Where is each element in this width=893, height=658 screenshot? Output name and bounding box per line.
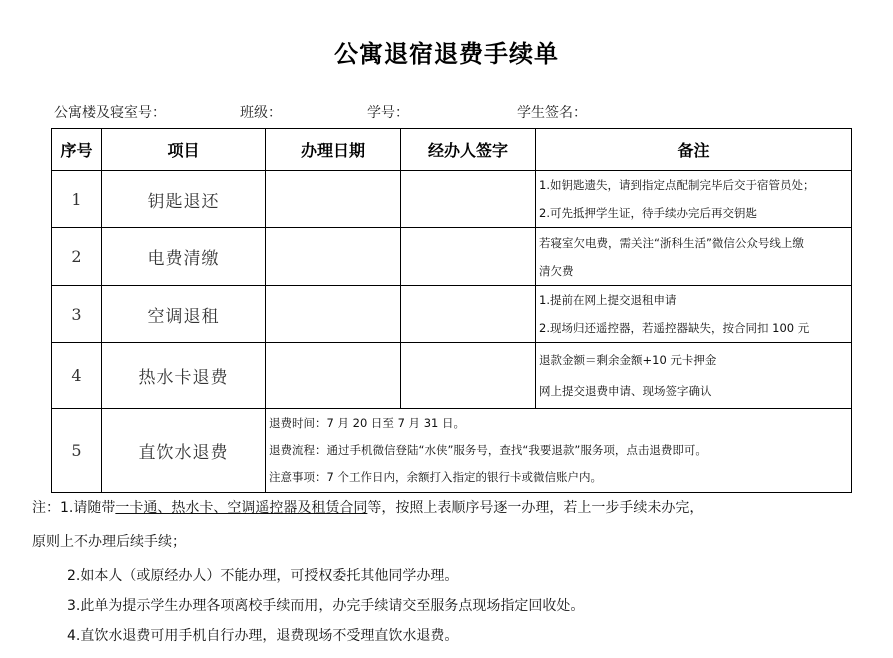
signature-cell[interactable] — [401, 343, 536, 409]
footnote-1-suffix: 等，按照上表顺序号逐一办理，若上一步手续未办完， — [367, 500, 703, 516]
student-id-label: 学号： — [367, 102, 409, 122]
note-line: 清欠费 — [539, 257, 851, 285]
date-cell[interactable] — [266, 171, 401, 228]
row-notes: 退款金额＝剩余金额+10 元卡押金 网上提交退费申请、现场签字确认 — [536, 343, 852, 409]
footnote-1-continued: 原则上不办理后续手续； — [32, 531, 186, 551]
row-item: 空调退租 — [102, 286, 266, 343]
signature-cell[interactable] — [401, 171, 536, 228]
footnote-1-prefix: 注：1.请随带 — [32, 500, 115, 516]
row-item: 电费清缴 — [102, 228, 266, 286]
row-notes-wide: 退费时间：7 月 20 日至 7 月 31 日。 退费流程：通过手机微信登陆“水… — [266, 409, 852, 493]
header-item: 项目 — [102, 129, 266, 171]
signature-cell[interactable] — [401, 286, 536, 343]
checkout-procedure-table: 序号 项目 办理日期 经办人签字 备注 1 钥匙退还 1.如钥匙遗失，请到指定点… — [51, 128, 852, 493]
date-cell[interactable] — [266, 228, 401, 286]
row-notes: 1.提前在网上提交退租申请 2.现场归还遥控器，若遥控器缺失，按合同扣 100 … — [536, 286, 852, 343]
student-signature-label: 学生签名： — [517, 102, 587, 122]
note-line: 若寝室欠电费，需关注“浙科生活”微信公众号线上缴 — [539, 229, 851, 257]
table-row: 2 电费清缴 若寝室欠电费，需关注“浙科生活”微信公众号线上缴 清欠费 — [52, 228, 852, 286]
form-title: 公寓退宿退费手续单 — [0, 34, 893, 69]
table-row: 3 空调退租 1.提前在网上提交退租申请 2.现场归还遥控器，若遥控器缺失，按合… — [52, 286, 852, 343]
class-label: 班级： — [240, 102, 282, 122]
row-item: 钥匙退还 — [102, 171, 266, 228]
note-line: 网上提交退费申请、现场签字确认 — [539, 376, 851, 407]
footnote-1-underlined: 一卡通、热水卡、空调遥控器及租赁合同 — [115, 500, 367, 516]
row-seq: 1 — [52, 171, 102, 228]
table-row: 4 热水卡退费 退款金额＝剩余金额+10 元卡押金 网上提交退费申请、现场签字确… — [52, 343, 852, 409]
row-seq: 3 — [52, 286, 102, 343]
note-line: 退费流程：通过手机微信登陆“水侠”服务号，查找“我要退款”服务项，点击退费即可。 — [269, 437, 851, 464]
note-line: 2.可先抵押学生证，待手续办完后再交钥匙 — [539, 199, 851, 227]
signature-cell[interactable] — [401, 228, 536, 286]
footnote-3: 3.此单为提示学生办理各项离校手续而用，办完手续请交至服务点现场指定回收处。 — [67, 595, 584, 615]
table-header-row: 序号 项目 办理日期 经办人签字 备注 — [52, 129, 852, 171]
table-row: 1 钥匙退还 1.如钥匙遗失，请到指定点配制完毕后交于宿管员处； 2.可先抵押学… — [52, 171, 852, 228]
note-line: 注意事项：7 个工作日内，余额打入指定的银行卡或微信账户内。 — [269, 464, 851, 491]
header-handler-signature: 经办人签字 — [401, 129, 536, 171]
header-notes: 备注 — [536, 129, 852, 171]
note-line: 2.现场归还遥控器，若遥控器缺失，按合同扣 100 元 — [539, 314, 851, 342]
footnote-1: 注：1.请随带一卡通、热水卡、空调遥控器及租赁合同等，按照上表顺序号逐一办理，若… — [32, 497, 703, 517]
row-item: 直饮水退费 — [102, 409, 266, 493]
row-notes: 若寝室欠电费，需关注“浙科生活”微信公众号线上缴 清欠费 — [536, 228, 852, 286]
row-item: 热水卡退费 — [102, 343, 266, 409]
note-line: 1.如钥匙遗失，请到指定点配制完毕后交于宿管员处； — [539, 171, 851, 199]
row-seq: 2 — [52, 228, 102, 286]
row-seq: 4 — [52, 343, 102, 409]
note-line: 退款金额＝剩余金额+10 元卡押金 — [539, 345, 851, 376]
dorm-room-label: 公寓楼及寝室号： — [54, 102, 166, 122]
note-line: 退费时间：7 月 20 日至 7 月 31 日。 — [269, 410, 851, 437]
footnote-4: 4.直饮水退费可用手机自行办理，退费现场不受理直饮水退费。 — [67, 625, 458, 645]
table-row: 5 直饮水退费 退费时间：7 月 20 日至 7 月 31 日。 退费流程：通过… — [52, 409, 852, 493]
note-line: 1.提前在网上提交退租申请 — [539, 286, 851, 314]
header-seq: 序号 — [52, 129, 102, 171]
date-cell[interactable] — [266, 343, 401, 409]
header-date: 办理日期 — [266, 129, 401, 171]
date-cell[interactable] — [266, 286, 401, 343]
row-notes: 1.如钥匙遗失，请到指定点配制完毕后交于宿管员处； 2.可先抵押学生证，待手续办… — [536, 171, 852, 228]
row-seq: 5 — [52, 409, 102, 493]
footnote-2: 2.如本人（或原经办人）不能办理，可授权委托其他同学办理。 — [67, 565, 458, 585]
